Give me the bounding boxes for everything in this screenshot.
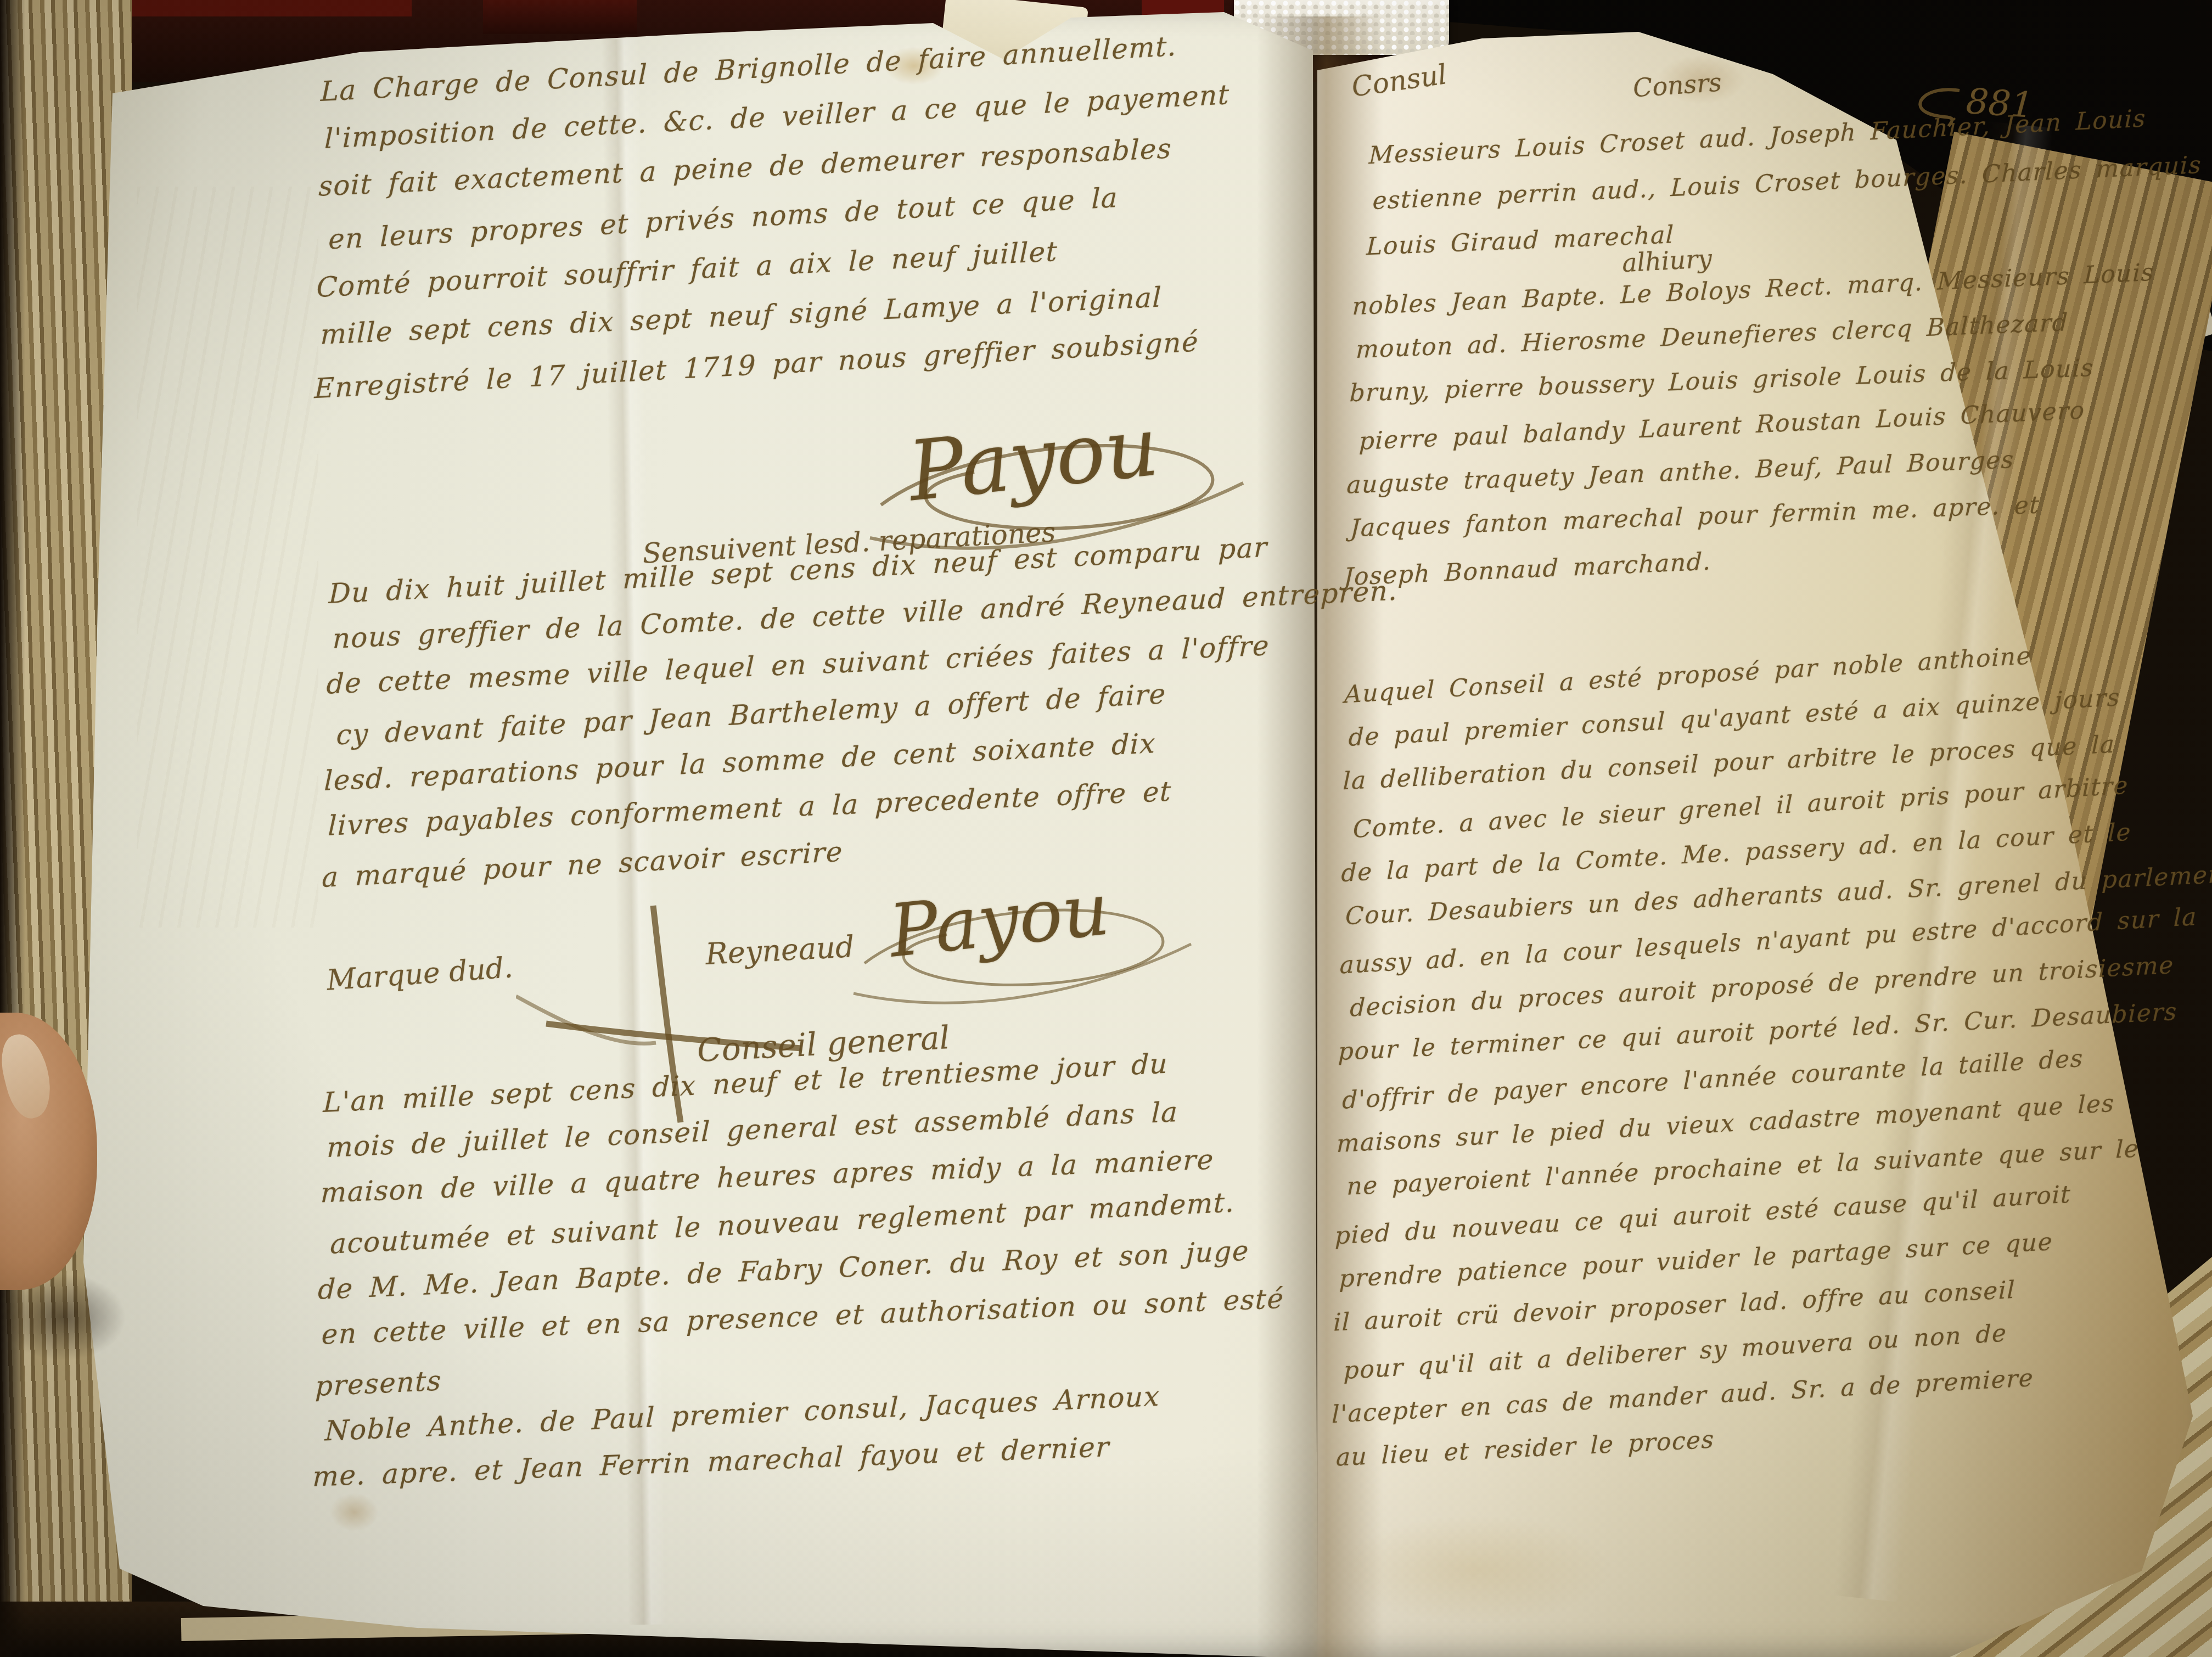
red-cover-patch [483,0,637,34]
council-paragraph: L'an mille sept cens dix neuf et le tren… [312,1036,1300,1502]
deliberation-paragraph: Auquel Conseil a esté proposé par noble … [1330,627,2178,1482]
ink-show-through [137,187,318,928]
thumb [0,1013,97,1290]
manuscript-photo: La Charge de Consul de Brignolle de fair… [0,0,2212,1657]
repairs-paragraph: Du dix huit juillet mille sept cens dix … [321,524,1294,899]
right-top-abbreviation: Consrs [1632,67,1722,103]
signature-block-2: Payou [834,870,1208,1018]
left-opening-paragraph: La Charge de Consul de Brignolle de fair… [314,18,1286,411]
left-edge-shadow [0,0,25,1657]
names-paragraph: nobles Jean Bapte. Le Boloys Rect. marq.… [1343,251,2165,598]
